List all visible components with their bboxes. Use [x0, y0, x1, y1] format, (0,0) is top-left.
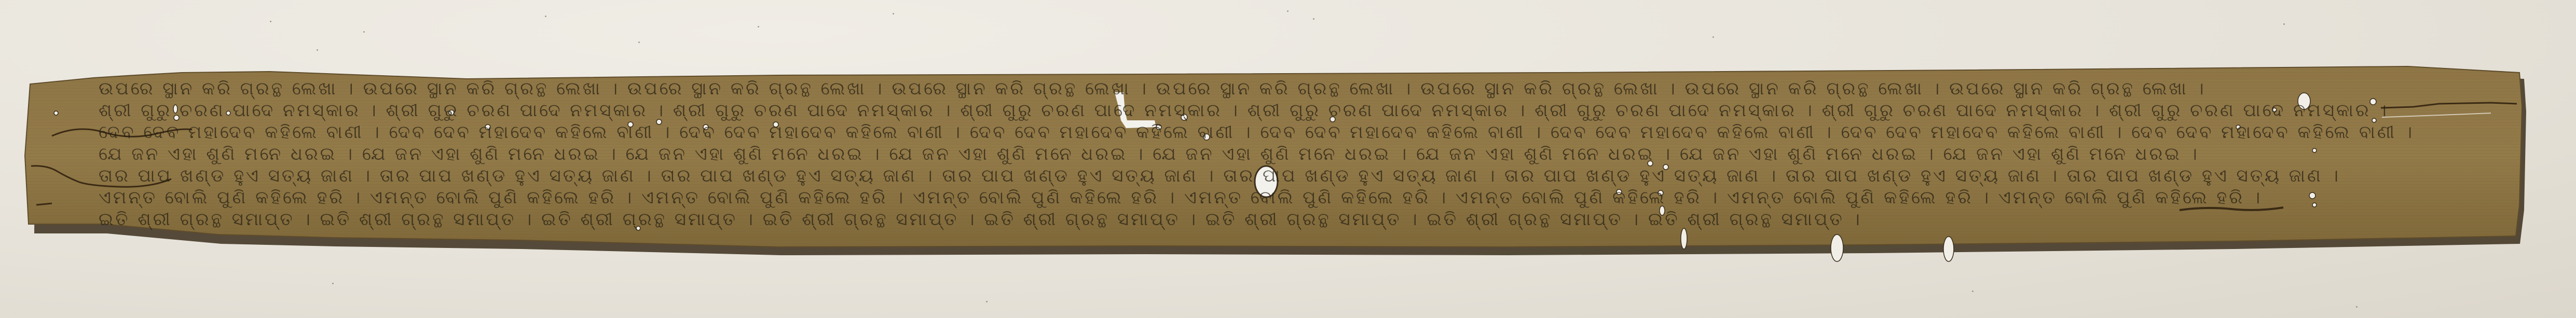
manuscript-line: ଶ୍ରୀ ଗୁରୁ ଚରଣ ପାଦେ ନମସ୍କାର । ଶ୍ରୀ ଗୁରୁ ଚ… [99, 100, 2413, 121]
manuscript-line: ଇତି ଶ୍ରୀ ଗ୍ରନ୍ଥ ସମାପ୍ତ । ଇତି ଶ୍ରୀ ଗ୍ରନ୍ଥ… [99, 209, 2413, 230]
manuscript-line: ତାର ପାପ ଖଣ୍ଡ ହୁଏ ସତ୍ୟ ଜାଣ । ତାର ପାପ ଖଣ୍ଡ… [99, 165, 2413, 187]
manuscript-line: ଉପରେ ସ୍ଥାନ କରି ଗ୍ରନ୍ଥ ଲେଖା । ଉପରେ ସ୍ଥାନ … [99, 78, 2413, 100]
manuscript-line: ଦେବ ଦେବ ମହାଦେବ କହିଲେ ବାଣୀ । ଦେବ ଦେବ ମହାଦ… [99, 121, 2413, 143]
manuscript-line: ଯେ ଜନ ଏହା ଶୁଣି ମନେ ଧରଇ । ଯେ ଜନ ଏହା ଶୁଣି … [99, 143, 2413, 165]
manuscript-text-block: ଉପରେ ସ୍ଥାନ କରି ଗ୍ରନ୍ଥ ଲେଖା । ଉପରେ ସ୍ଥାନ … [99, 78, 2413, 233]
manuscript-line: ଏମନ୍ତ ବୋଲି ପୁଣି କହିଲେ ହରି । ଏମନ୍ତ ବୋଲି ପ… [99, 187, 2413, 209]
